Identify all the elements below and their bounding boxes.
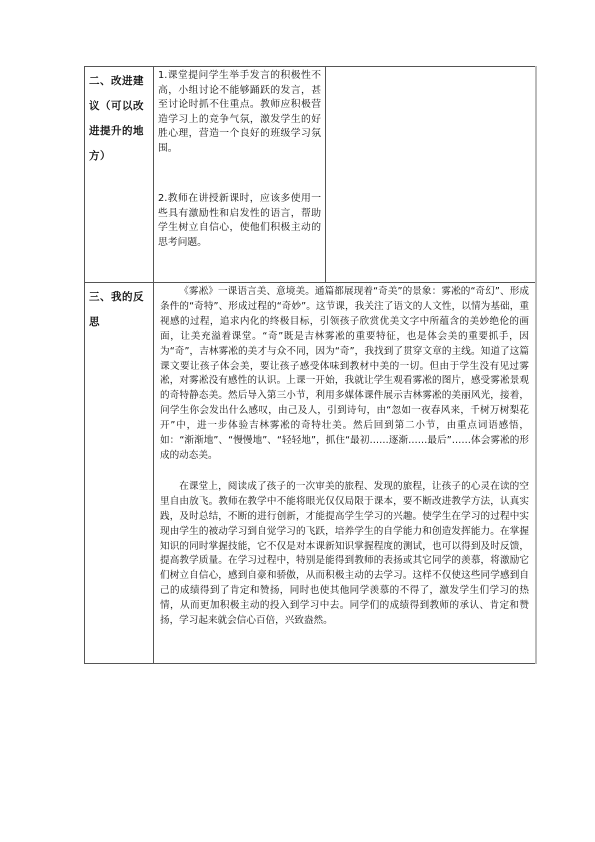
document-page: 二、改进建 议（可以改 进提升的地 方） 1.课堂提问学生举手发言的积极性不高，… [0, 0, 595, 842]
table-row-reflection: 三、我的反 思 《雾凇》一课语言美、意境美。通篇都展现着“奇美”的景象：雾凇的“… [85, 283, 537, 664]
row-label-reflection: 三、我的反 思 [85, 283, 153, 335]
reflection-cell: 《雾凇》一课语言美、意境美。通篇都展现着“奇美”的景象：雾凇的“奇幻”、形成条件… [154, 283, 537, 664]
label-cell-reflection: 三、我的反 思 [85, 283, 154, 664]
label-line: 议（可以改 [89, 94, 150, 119]
label-line: 思 [89, 310, 150, 335]
suggestions-cell: 1.课堂提问学生举手发言的积极性不高，小组讨论不能够踊跃的发言，甚至讨论时抓不住… [154, 67, 326, 283]
empty-cell [326, 67, 537, 283]
label-line: 方） [89, 144, 150, 169]
label-line: 三、我的反 [89, 285, 150, 310]
label-line: 二、改进建 [89, 69, 150, 94]
row-label-improvement: 二、改进建 议（可以改 进提升的地 方） [85, 67, 153, 169]
label-line: 进提升的地 [89, 119, 150, 144]
reflection-paragraph-2: 在课堂上，阅读成了孩子的一次审美的旅程、发现的旅程，让孩子的心灵在读的空里自由放… [160, 480, 529, 629]
reflection-paragraph-1: 《雾凇》一课语言美、意境美。通篇都展现着“奇美”的景象：雾凇的“奇幻”、形成条件… [160, 285, 529, 464]
lesson-evaluation-table: 二、改进建 议（可以改 进提升的地 方） 1.课堂提问学生举手发言的积极性不高，… [84, 66, 537, 664]
table-row-improvement: 二、改进建 议（可以改 进提升的地 方） 1.课堂提问学生举手发言的积极性不高，… [85, 67, 537, 283]
label-cell-improvement: 二、改进建 议（可以改 进提升的地 方） [85, 67, 154, 283]
suggestion-1: 1.课堂提问学生举手发言的积极性不高，小组讨论不能够踊跃的发言，甚至讨论时抓不住… [158, 69, 321, 156]
suggestion-2: 2.教师在讲授新课时，应该多使用一些具有激励性和启发性的语言，帮助学生树立自信心… [158, 192, 321, 250]
